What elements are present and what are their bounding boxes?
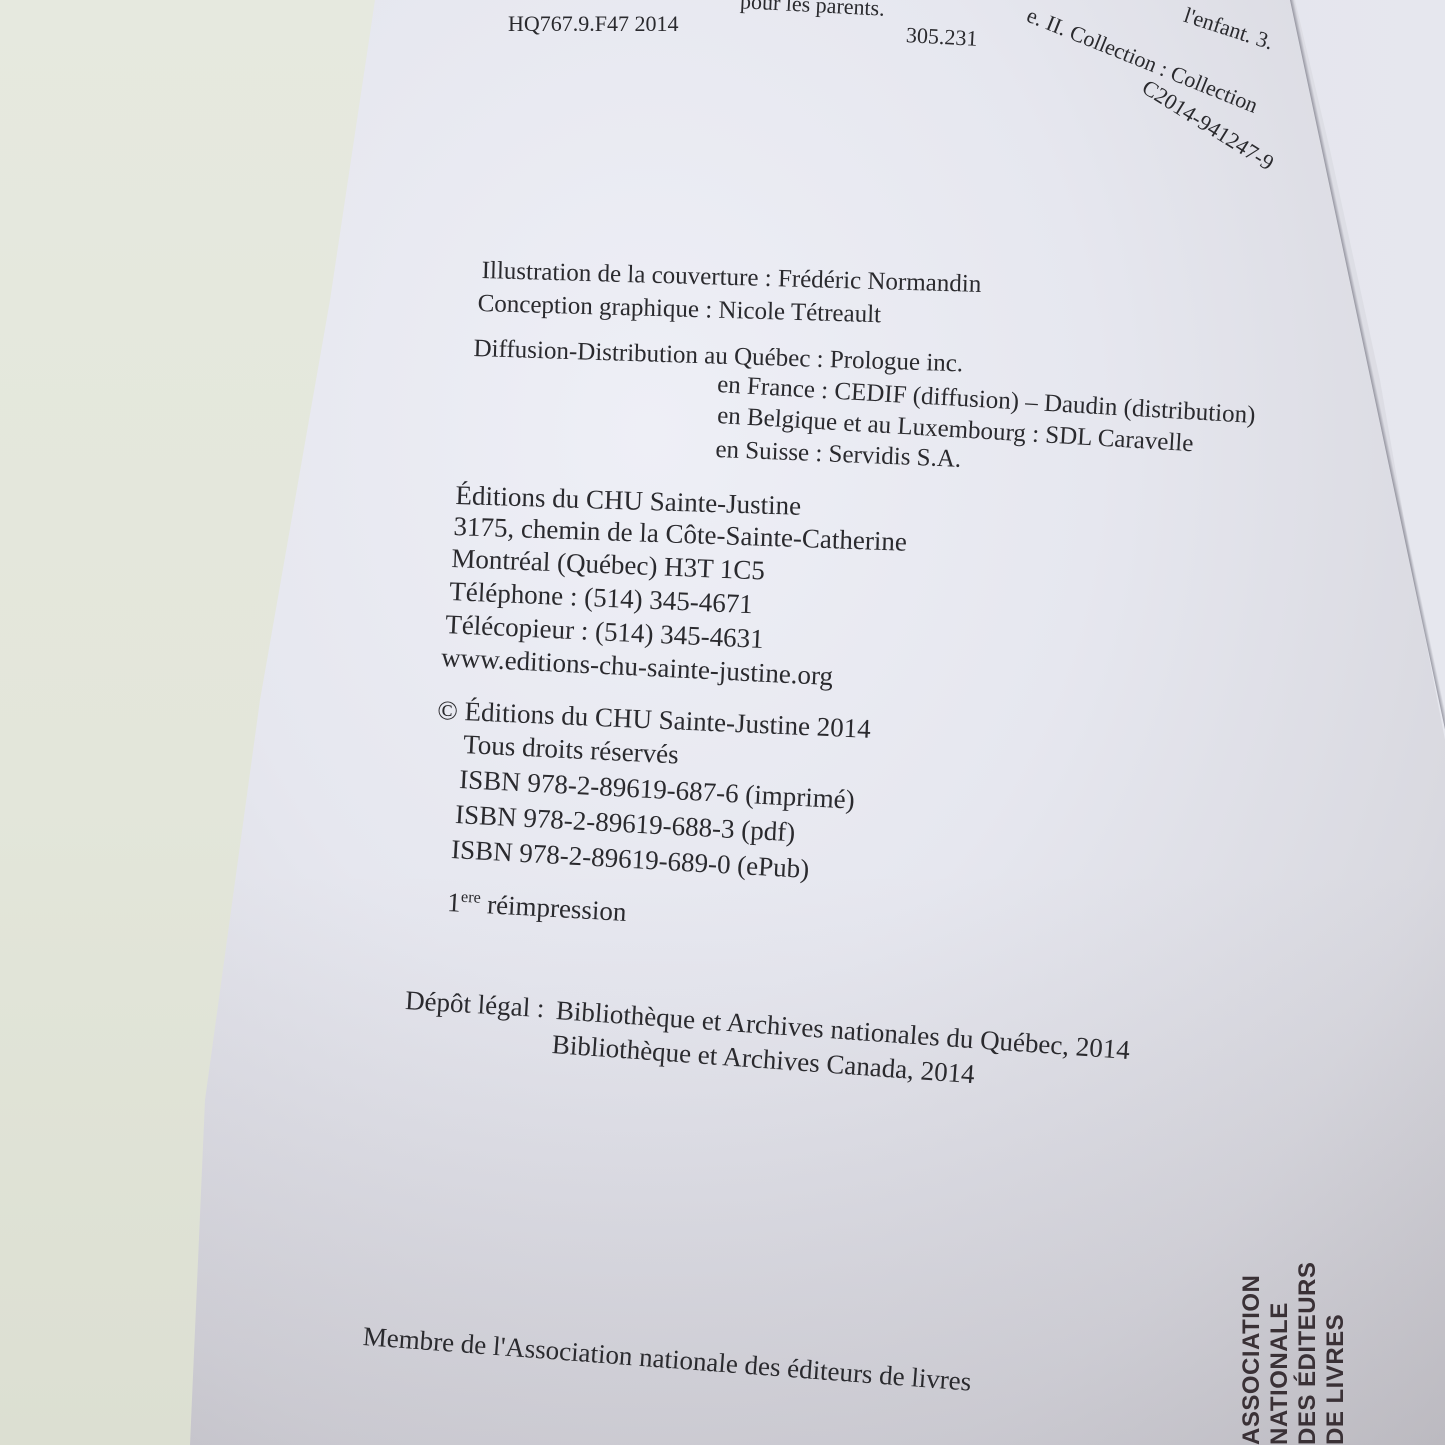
- reprint-number: 1: [446, 887, 461, 918]
- anel-logo: ASSOCIATION NATIONALE DES ÉDITEURS DE LI…: [1238, 1262, 1350, 1445]
- reprint-suffix: ere: [461, 888, 482, 907]
- lc-classification: HQ767.9.F47 2014: [508, 13, 679, 35]
- logo-line-3: DES ÉDITEURS: [1294, 1262, 1322, 1445]
- copyright-icon: ©: [437, 695, 459, 726]
- logo-line-4: DE LIVRES: [1322, 1262, 1350, 1445]
- dewey-number: 305.231: [905, 24, 978, 50]
- logo-line-1: ASSOCIATION: [1238, 1262, 1266, 1445]
- logo-line-2: NATIONALE: [1266, 1262, 1294, 1445]
